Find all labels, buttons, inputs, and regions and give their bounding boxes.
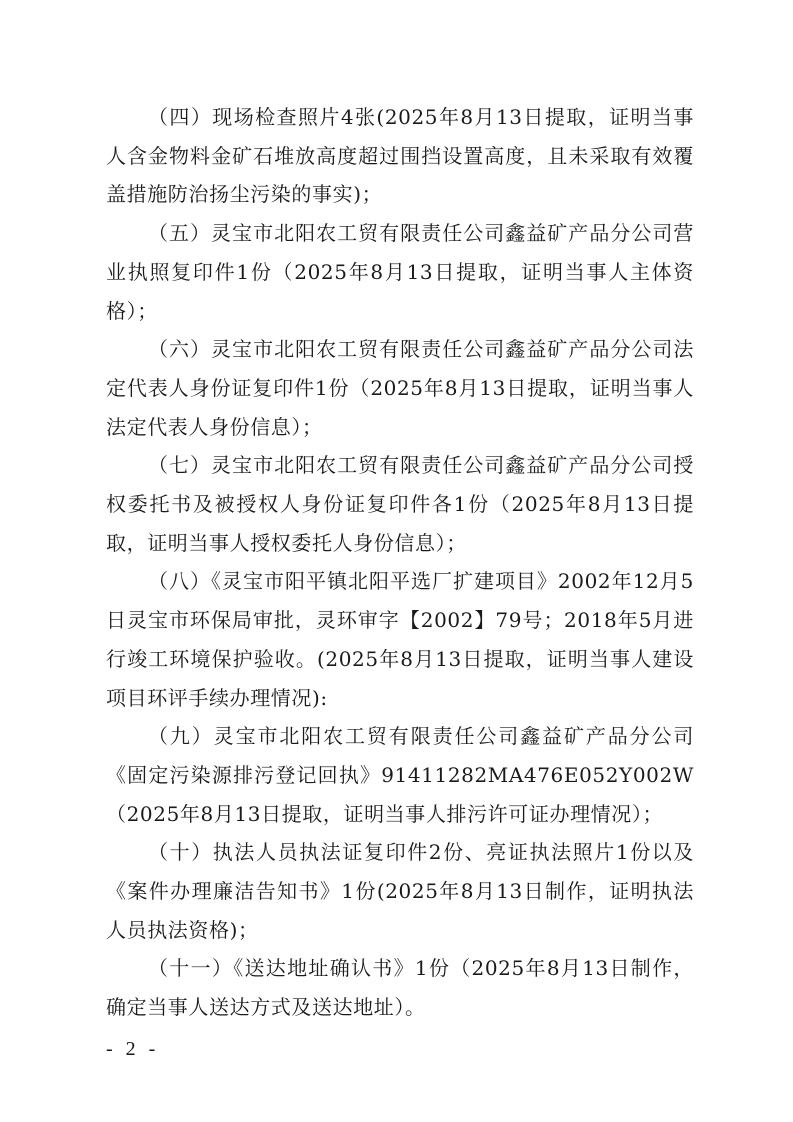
page-number: - 2 - — [106, 1038, 159, 1061]
evidence-item-7: （七）灵宝市北阳农工贸有限责任公司鑫益矿产品分公司授权委托书及被授权人身份证复印… — [106, 446, 694, 562]
evidence-item-9: （九）灵宝市北阳农工贸有限责任公司鑫益矿产品分公司《固定污染源排污登记回执》91… — [106, 717, 694, 833]
evidence-item-6: （六）灵宝市北阳农工贸有限责任公司鑫益矿产品分公司法定代表人身份证复印件1份（2… — [106, 330, 694, 446]
evidence-item-8: （八）《灵宝市阳平镇北阳平选厂扩建项目》2002年12月5日灵宝市环保局审批，灵… — [106, 562, 694, 717]
evidence-item-10: （十）执法人员执法证复印件2份、亮证执法照片1份以及《案件办理廉洁告知书》1份(… — [106, 833, 694, 949]
evidence-item-5: （五）灵宝市北阳农工贸有限责任公司鑫益矿产品分公司营业执照复印件1份（2025年… — [106, 214, 694, 330]
document-page: （四）现场检查照片4张(2025年8月13日提取，证明当事人含金物料金矿石堆放高… — [106, 98, 694, 1027]
evidence-item-11: （十一）《送达地址确认书》1份（2025年8月13日制作，确定当事人送达方式及送… — [106, 949, 694, 1026]
evidence-item-4: （四）现场检查照片4张(2025年8月13日提取，证明当事人含金物料金矿石堆放高… — [106, 98, 694, 214]
